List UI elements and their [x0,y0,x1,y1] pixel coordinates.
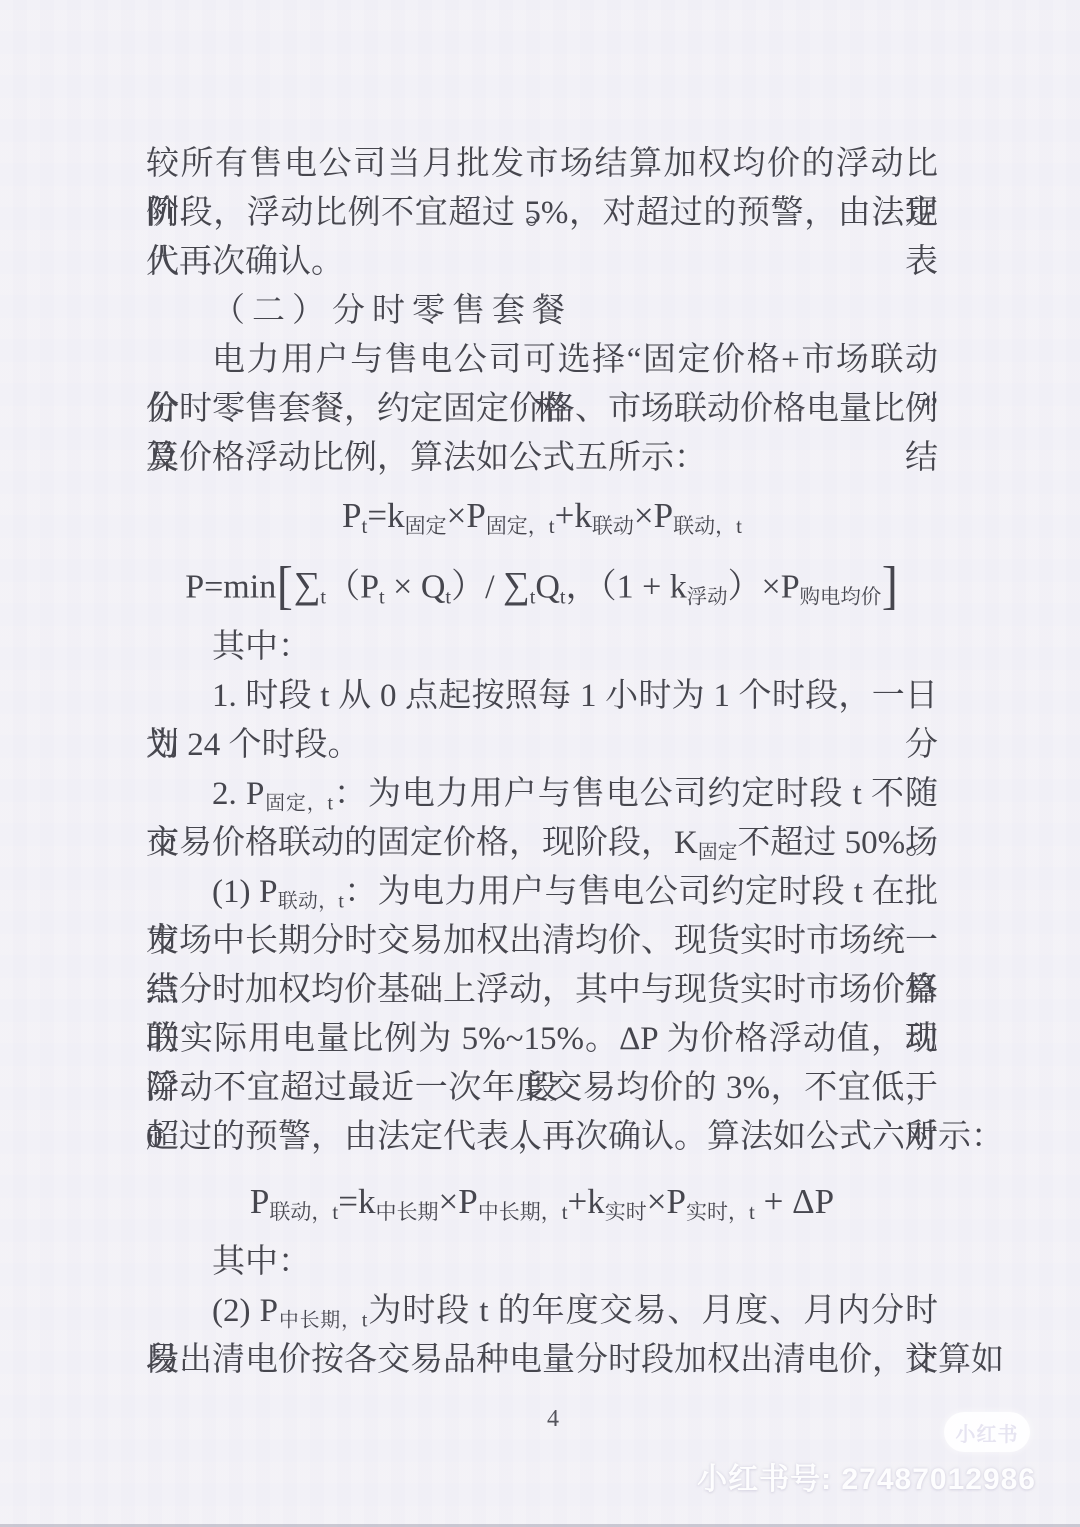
doc-line: 的实际用电量比例为 5%~15%。ΔP 为价格浮动值，现阶段， [146,1015,938,1064]
xiaohongshu-account-watermark: 小红书号: 27487012986 [697,1454,1036,1498]
formula-five: Pt=k固定×P固定，t+k联动×P联动，t [146,483,938,545]
doc-line: 2. P固定，t：为电力用户与售电公司约定时段 t 不随市场 [146,770,938,819]
document-body: 较所有售电公司当月批发市场结算加权均价的浮动比例。现 阶段，浮动比例不宜超过 5… [146,140,938,1385]
doc-line: 超过的预警，由法定代表人再次确认。算法如公式六所示： [146,1113,938,1162]
formula-min-cap: P=min[∑t（Pt × Qt）/ ∑tQt，（1 + k浮动）×P购电均价] [146,545,938,623]
xiaohongshu-badge: 小红书 [944,1412,1030,1452]
doc-line: (1) P联动，t：为电力用户与售电公司约定时段 t 在批发 [146,868,938,917]
doc-line: 电力用户与售电公司可选择“固定价格+市场联动价格” [146,336,938,385]
doc-line: 分时零售套餐，约定固定价格、市场联动价格电量比例及结 [146,385,938,434]
doc-line: 阶段，浮动比例不宜超过 5%，对超过的预警，由法定代表 [146,189,938,238]
doc-line: 其中： [146,623,938,672]
formula-six: P联动，t=k中长期×P中长期，t+k实时×P实时，t + ΔP [146,1162,938,1238]
doc-line: 较所有售电公司当月批发市场结算加权均价的浮动比例。现 [146,140,938,189]
doc-line: 市场中长期分时交易加权出清均价、现货实时市场统一结算 [146,917,938,966]
doc-line: 易出清电价按各交易品种电量分时段加权出清电价，计算如 [146,1336,938,1385]
doc-line: 1. 时段 t 从 0 点起按照每 1 小时为 1 个时段，一日划分 [146,672,938,721]
doc-line: 其中： [146,1238,938,1287]
page-number: 4 [0,1406,1080,1433]
xiaohongshu-badge-label: 小红书 [956,1418,1019,1447]
doc-line: 交易价格联动的固定价格，现阶段，K固定不超过 50%。 [146,819,938,868]
doc-line: (2) P中长期，t为时段 t 的年度交易、月度、月内分时段交 [146,1287,938,1336]
doc-line: 浮动不宜超过最近一次年度交易均价的 3%，不宜低于 0，对 [146,1064,938,1113]
doc-line: 点分时加权均价基础上浮动，其中与现货实时市场价格联动 [146,966,938,1015]
section-heading: （二）分时零售套餐 [146,287,938,336]
